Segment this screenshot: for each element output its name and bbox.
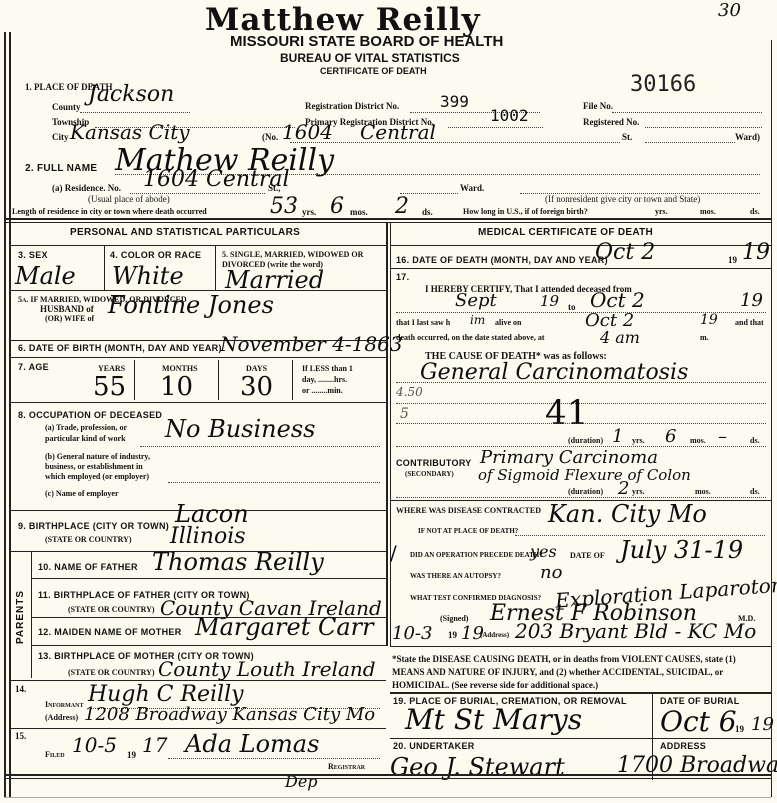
cause-duration-yrs: 1	[612, 426, 623, 447]
duration-label: (duration)	[568, 436, 603, 445]
last-saw-year-value: 19	[700, 312, 718, 328]
length-ds-label: ds.	[422, 207, 433, 217]
autopsy-label: WAS THERE AN AUTOPSY?	[410, 572, 501, 580]
from-year-value: 19	[540, 292, 559, 310]
length-residence-label: Length of residence in city or town wher…	[12, 207, 207, 216]
to-label: to	[568, 302, 576, 312]
bottom-rule	[4, 774, 771, 776]
m-label: m.	[700, 333, 709, 342]
column-divider	[386, 222, 388, 646]
file-no-line	[612, 112, 762, 113]
filed-date-value: 10-5	[72, 733, 117, 757]
undertaker-value: Geo J. Stewart	[390, 753, 565, 781]
mother-birth-state-label: (STATE OR COUNTRY)	[68, 668, 155, 677]
city-label: City	[52, 132, 69, 142]
father-label: 10. NAME OF FATHER	[38, 562, 138, 572]
cause-mos-label: mos.	[690, 436, 706, 445]
attended-from-value: Sept	[455, 290, 497, 311]
city-value: Kansas City	[70, 120, 190, 144]
registration-district-value: 399	[440, 92, 469, 111]
trade-line	[140, 446, 380, 447]
trade-label-2: particular kind of work	[45, 434, 126, 443]
informant-address-value: 1208 Broadway Kansas City Mo	[84, 704, 375, 725]
signed-label: (Signed)	[440, 614, 468, 623]
filed-label: Filed	[45, 750, 65, 759]
nonresident-note: (If nonresident give city or town and St…	[545, 194, 700, 204]
contributory-value-1: Primary Carcinoma	[480, 447, 658, 468]
informant-label: Informant	[45, 700, 83, 709]
spouse-label-3: (OR) WIFE of	[45, 314, 94, 323]
contrib-mos-label: mos.	[695, 487, 711, 496]
primary-district-line	[448, 127, 543, 128]
sex-label: 3. SEX	[18, 250, 48, 260]
filed-year-label: 19	[127, 750, 136, 760]
left-border	[4, 32, 6, 797]
certify-no: 17.	[396, 272, 409, 282]
ward-label: Ward)	[735, 132, 760, 142]
street-no-label: (No.	[262, 132, 278, 142]
last-saw-label: that I last saw h	[396, 318, 450, 327]
residence-label: (a) Residence. No.	[52, 183, 121, 193]
cell-divider	[134, 360, 135, 400]
employer-label: (c) Name of employer	[45, 489, 119, 498]
length-yrs-label: yrs.	[302, 207, 316, 217]
birthplace-state-value: Illinois	[170, 524, 246, 549]
less-than-label-2: day, ........hrs.	[302, 375, 347, 384]
dob-value: November 4-1863	[220, 332, 403, 356]
operation-date-value: July 31-19	[620, 536, 743, 564]
signed-date-value: 10-3	[392, 623, 432, 644]
column-divider-2	[390, 222, 391, 646]
registrar-signature: Ada Lomas	[185, 730, 319, 758]
to-year-value: 19	[740, 290, 763, 311]
street-value: Central	[360, 120, 436, 144]
autopsy-value: no	[540, 562, 562, 583]
bottom-edge	[4, 797, 771, 798]
spouse-label-2: HUSBAND of	[40, 304, 94, 314]
county-value: Jackson	[88, 82, 174, 107]
contrib-ds-label: ds.	[750, 487, 760, 496]
age-label: 7. AGE	[18, 362, 49, 372]
certificate-title: CERTIFICATE OF DEATH	[320, 66, 427, 76]
margin-note-1: 4.50	[396, 385, 423, 399]
mother-birth-value: County Louth Ireland	[158, 657, 376, 681]
industry-line	[168, 482, 380, 483]
sex-value: Male	[15, 262, 76, 290]
informant-no: 14.	[15, 684, 26, 694]
cell-divider	[215, 245, 216, 290]
cause-duration-ds: –	[718, 426, 727, 447]
cause-yrs-label: yrs.	[632, 436, 645, 445]
row-divider	[390, 268, 771, 269]
father-birth-state-label: (STATE OR COUNTRY)	[68, 605, 155, 614]
death-certificate: Matthew Reilly 30 MISSOURI STATE BOARD O…	[0, 0, 777, 803]
contrib-duration-yrs: 2	[618, 478, 629, 499]
operation-date-label: DATE OF	[570, 551, 605, 560]
residence-st-label: St.,	[268, 183, 281, 193]
personal-section-title: PERSONAL AND STATISTICAL PARTICULARS	[70, 227, 300, 238]
age-months-value: 10	[160, 372, 193, 402]
secondary-label: (SECONDARY)	[405, 470, 454, 478]
registrar-line	[168, 758, 380, 759]
cell-divider	[104, 245, 105, 290]
mother-label: 12. MAIDEN NAME OF MOTHER	[38, 627, 182, 637]
county-line	[80, 112, 190, 113]
certificate-number: 30166	[630, 72, 696, 97]
contrib-duration-label: (duration)	[568, 487, 603, 496]
cause-line-3	[396, 423, 766, 424]
cell-divider	[292, 360, 293, 400]
physician-address-value: 203 Bryant Bld - KC Mo	[515, 619, 756, 643]
burial-year-label: 19	[735, 724, 744, 734]
row-divider	[9, 245, 386, 246]
registered-no-label: Registered No.	[583, 117, 639, 127]
bottom-rule-2	[4, 778, 771, 779]
death-year-label: 19	[728, 255, 737, 265]
length-years-value: 53	[270, 194, 298, 219]
signed-year-label: 19	[448, 630, 457, 640]
primary-district-value: 1002	[490, 106, 529, 125]
length-mos-label: mos.	[350, 207, 368, 217]
less-than-label-1: If LESS than 1	[302, 364, 353, 373]
file-no-label: File No.	[583, 101, 613, 111]
industry-label-3: which employed (or employer)	[45, 472, 149, 481]
cell-divider	[218, 360, 219, 400]
contributory-label: CONTRIBUTORY	[396, 458, 472, 468]
page-note: 30	[718, 0, 741, 21]
length-months-value: 6	[330, 194, 344, 219]
left-border-inner	[9, 32, 11, 797]
cause-duration-mos: 6	[665, 426, 676, 447]
industry-label-2: business, or establishment in	[45, 462, 143, 471]
registered-no-line	[645, 127, 762, 128]
margin-tick: /	[390, 541, 397, 565]
industry-label-1: (b) General nature of industry,	[45, 452, 150, 461]
contributory-value-2: of Sigmoid Flexure of Colon	[478, 466, 691, 484]
trade-value: No Business	[165, 415, 315, 443]
alive-on-label: alive on	[495, 318, 521, 327]
registration-district-label: Registration District No.	[305, 101, 399, 111]
physician-address-label: (Address)	[480, 631, 509, 639]
registrar-label: Registrar	[328, 762, 365, 771]
contracted-value: Kan. City Mo	[548, 500, 707, 528]
less-than-label-3: or ........min.	[302, 386, 343, 395]
medical-section-title: MEDICAL CERTIFICATE OF DEATH	[478, 227, 653, 238]
row-divider	[9, 357, 386, 358]
time-of-death-value: 4 am	[600, 328, 640, 347]
row-divider	[390, 646, 771, 647]
burial-place-value: Mt St Marys	[405, 703, 582, 736]
date-of-death-value: Oct 2	[595, 240, 655, 265]
us-yrs-label: yrs.	[655, 207, 668, 216]
burial-year-value: 19	[751, 714, 774, 735]
us-ds-label: ds.	[750, 207, 760, 216]
age-years-value: 55	[93, 372, 126, 402]
row-divider	[9, 402, 386, 403]
board-title: MISSOURI STATE BOARD OF HEALTH	[230, 33, 503, 50]
cause-footnote: *State the DISEASE CAUSING DEATH, or in …	[392, 653, 768, 692]
row-divider	[31, 645, 386, 646]
filed-no: 15.	[15, 731, 26, 741]
father-value: Thomas Reilly	[152, 548, 324, 576]
attended-to-value: Oct 2	[590, 288, 645, 312]
bureau-title: BUREAU OF VITAL STATISTICS	[280, 51, 460, 65]
street-st-label: St.	[622, 132, 632, 142]
street-line	[290, 142, 620, 143]
race-label: 4. COLOR OR RACE	[110, 250, 201, 260]
spouse-value: Fontine Jones	[108, 291, 274, 319]
contracted-label-1: WHERE WAS DISEASE CONTRACTED	[396, 506, 541, 515]
section-divider	[4, 218, 771, 220]
race-value: White	[112, 262, 184, 290]
row-divider	[390, 692, 771, 694]
contracted-label-2: IF NOT AT PLACE OF DEATH?	[418, 527, 518, 535]
full-name-label: 2. FULL NAME	[25, 163, 97, 174]
dob-label: 6. DATE OF BIRTH (MONTH, DAY AND YEAR)	[18, 343, 222, 353]
contrib-yrs-label: yrs.	[632, 487, 645, 496]
operation-label: DID AN OPERATION PRECEDE DEATH?	[410, 551, 543, 559]
us-mos-label: mos.	[700, 207, 716, 216]
undertaker-label: 20. UNDERTAKER	[393, 741, 475, 751]
undertaker-address-label: ADDRESS	[660, 741, 706, 751]
informant-address-label: (Address)	[45, 713, 78, 722]
row-divider	[31, 578, 386, 579]
row-divider	[9, 680, 386, 681]
margin-note-2: 5	[400, 406, 409, 422]
row-divider	[9, 728, 386, 729]
trade-label-1: (a) Trade, profession, or	[45, 423, 127, 432]
burial-date-value: Oct 6	[660, 705, 737, 738]
birthplace-label: 9. BIRTHPLACE (CITY OR TOWN)	[18, 521, 169, 531]
abode-note: (Usual place of abode)	[88, 194, 170, 204]
how-long-us-label: How long in U.S., if of foreign birth?	[463, 207, 588, 216]
age-days-value: 30	[240, 372, 273, 402]
filed-year-value: 17	[142, 733, 167, 757]
ward-line	[645, 142, 735, 143]
date-of-death-label: 16. DATE OF DEATH (MONTH, DAY AND YEAR)	[396, 255, 608, 265]
cause-ds-label: ds.	[750, 436, 760, 445]
birthplace-state-label: (STATE OR COUNTRY)	[45, 535, 132, 544]
last-saw-him: im	[470, 313, 485, 327]
row-divider	[390, 245, 771, 246]
operation-value: yes	[530, 542, 557, 561]
death-year-value: 19	[742, 240, 770, 265]
and-that-label: and that	[735, 318, 764, 327]
occupation-label: 8. OCCUPATION OF DECEASED	[18, 410, 162, 420]
mother-value: Margaret Carr	[195, 613, 374, 641]
occurred-label: death occurred, on the date stated above…	[396, 333, 545, 342]
row-divider	[390, 738, 771, 739]
cause-line-1	[396, 382, 766, 383]
street-no-value: 1604	[282, 120, 333, 144]
length-days-value: 2	[395, 194, 409, 219]
parents-divider	[31, 551, 32, 678]
residence-ward-label: Ward.	[460, 183, 484, 193]
parents-label: PARENTS	[15, 590, 26, 644]
county-label: County	[52, 102, 81, 112]
duration-line-2	[396, 497, 766, 498]
code-mark: 41	[545, 393, 588, 433]
right-border	[771, 40, 772, 797]
